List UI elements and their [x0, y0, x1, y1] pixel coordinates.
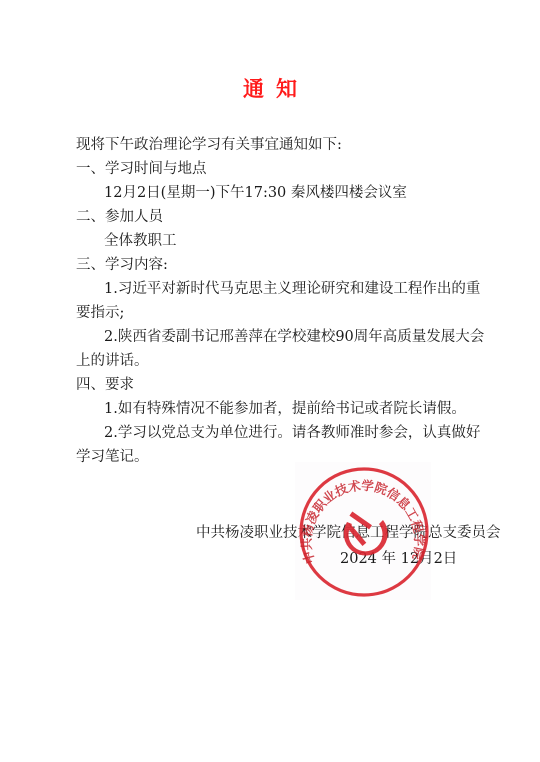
svg-text:中共杨凌职业技术学院信息工程学院总支委员会: 中共杨凌职业技术学院信息工程学院总支委员会 — [295, 462, 427, 566]
section-3-item-2-cont: 上的讲话。 — [76, 352, 149, 370]
section-1-line: 12月2日(星期一)下午17:30 秦风楼四楼会议室 — [104, 184, 407, 202]
document-title: 通知 — [0, 73, 540, 103]
intro-text: 现将下午政治理论学习有关事宜通知如下: — [76, 136, 342, 154]
section-3-item-1-cont: 要指示; — [76, 304, 124, 322]
section-4-item-2: 2.学习以党总支为单位进行。请各教师准时参会，认真做好 — [104, 424, 480, 442]
section-heading-2: 二、参加人员 — [76, 208, 163, 226]
hammer-sickle-icon — [344, 511, 388, 555]
section-3-item-2: 2.陕西省委副书记邢善萍在学校建校90周年高质量发展大会 — [104, 328, 484, 346]
section-4-item-2-cont: 学习笔记。 — [76, 448, 149, 466]
section-heading-3: 三、学习内容: — [76, 256, 168, 274]
section-heading-4: 四、要求 — [76, 376, 134, 394]
section-4-item-1: 1.如有特殊情况不能参加者，提前给书记或者院长请假。 — [104, 400, 466, 418]
official-seal-icon: 中共杨凌职业技术学院信息工程学院总支委员会 — [295, 462, 431, 600]
stamp-ring-text: 中共杨凌职业技术学院信息工程学院总支委员会 — [295, 462, 427, 566]
section-2-line: 全体教职工 — [104, 232, 177, 250]
section-3-item-1: 1.习近平对新时代马克思主义理论研究和建设工程作出的重 — [104, 280, 480, 298]
section-heading-1: 一、学习时间与地点 — [76, 160, 207, 178]
